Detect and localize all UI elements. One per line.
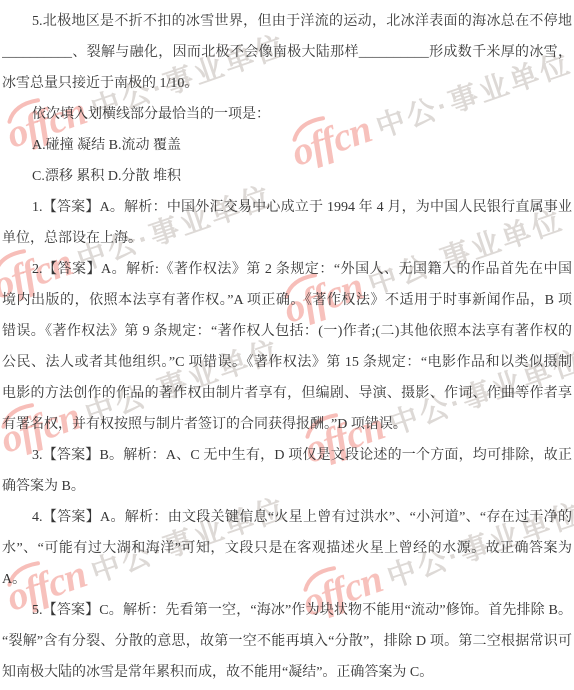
answer-4-line: 4.【答案】A。解析：由文段关键信息“火星上曾有过洪水”、“小河道”、“存在过干… <box>2 502 572 533</box>
answer-5-line: “裂解”含有分裂、分散的意思，故第一空不能再填入“分散”，排除 D 项。第二空根… <box>2 626 572 657</box>
question-prompt-line: 依次填入划横线部分最恰当的一项是： <box>2 99 572 130</box>
answer-2-line: 电影的方法创作的作品的著作权由制片者享有，但编剧、导演、摄影、作词、作曲等作者享 <box>2 378 572 409</box>
answer-2-line: 错误。《著作权法》第 9 条规定：“著作权人包括：(一)作者;(二)其他依照本法… <box>2 316 572 347</box>
answer-2-line: 有署名权，并有权按照与制片者签订的合同获得报酬。”D 项错误。 <box>2 409 572 440</box>
answer-4-line: 水”、“可能有过大湖和海洋”可知，文段只是在客观描述火星上曾经的水源。故正确答案… <box>2 533 572 564</box>
document-body: 5.北极地区是不折不扣的冰雪世界，但由于洋流的运动，北冰洋表面的海冰总在不停地 … <box>2 0 572 688</box>
answer-2-line: 2.【答案】A。解析:《著作权法》第 2 条规定：“外国人、无国籍人的作品首先在… <box>2 254 572 285</box>
document-page: offcn 中公·事业单位 offcn 中公·事业单位 offcn 中公·事业单… <box>0 0 574 690</box>
options-line-ab: A.碰撞 凝结 B.流动 覆盖 <box>2 130 572 161</box>
answer-1-line: 1.【答案】A。解析：中国外汇交易中心成立于 1994 年 4 月，为中国人民银… <box>2 192 572 223</box>
answer-4-line: A。 <box>2 564 572 595</box>
question-stem-line: 5.北极地区是不折不扣的冰雪世界，但由于洋流的运动，北冰洋表面的海冰总在不停地 <box>2 6 572 37</box>
answer-3-line: 确答案为 B。 <box>2 471 572 502</box>
answer-3-line: 3.【答案】B。解析：A、C 无中生有，D 项仅是文段论述的一个方面，均可排除，… <box>2 440 572 471</box>
question-stem-line: 冰雪总量只接近于南极的 1/10。 <box>2 68 572 99</box>
answer-2-line: 公民、法人或者其他组织。”C 项错误。《著作权法》第 15 条规定：“电影作品和… <box>2 347 572 378</box>
options-line-cd: C.漂移 累积 D.分散 堆积 <box>2 161 572 192</box>
answer-2-line: 境内出版的，依照本法享有著作权。”A 项正确。《著作权法》不适用于时事新闻作品，… <box>2 285 572 316</box>
answer-1-line: 单位，总部设在上海。 <box>2 223 572 254</box>
answer-5-line: 知南极大陆的冰雪是常年累积而成，故不能用“凝结”。正确答案为 C。 <box>2 657 572 688</box>
question-stem-line: __________、裂解与融化，因而北极不会像南极大陆那样__________… <box>2 37 572 68</box>
answer-5-line: 5.【答案】C。解析：先看第一空，“海冰”作为块状物不能用“流动”修饰。首先排除… <box>2 595 572 626</box>
